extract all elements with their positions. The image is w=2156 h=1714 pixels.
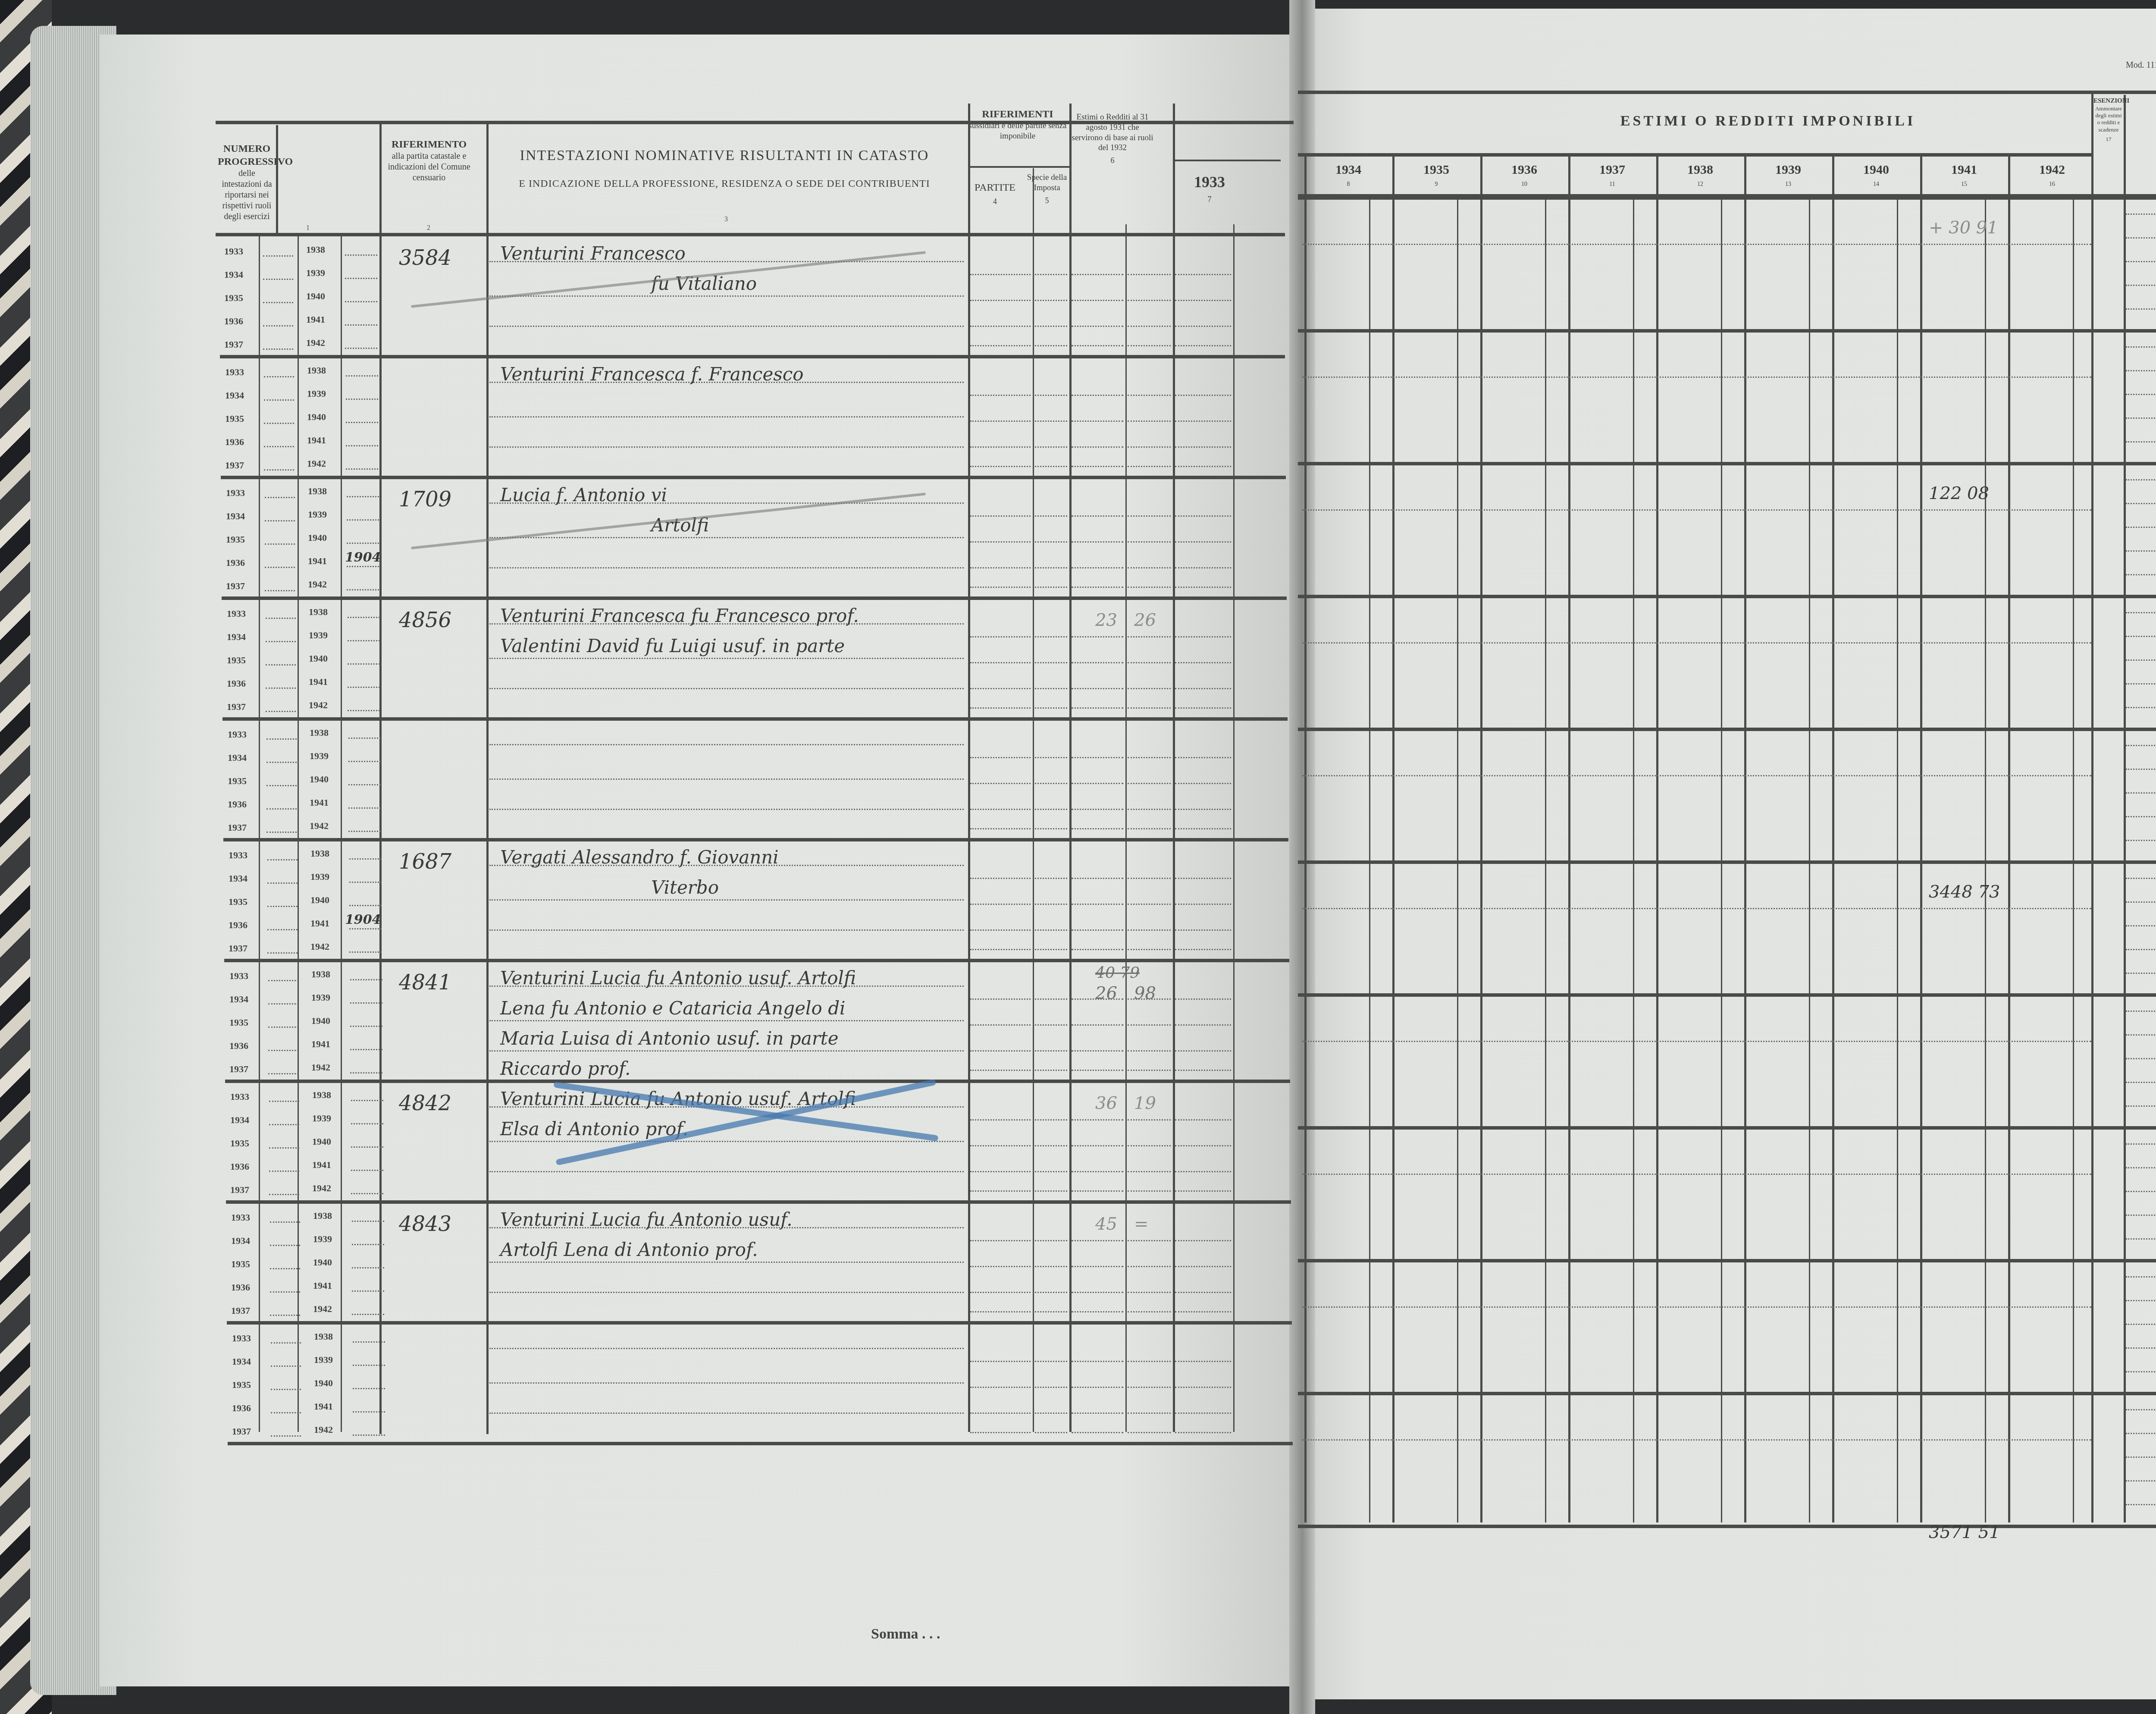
year-label-right: 1938 bbox=[308, 486, 327, 497]
value-1941: + 30 91 bbox=[1929, 218, 1998, 238]
book-gutter bbox=[1289, 0, 1315, 1714]
year-label-right: 1940 bbox=[310, 895, 329, 906]
partita-reference: 4842 bbox=[399, 1091, 451, 1115]
value-1941: 122 08 bbox=[1929, 483, 1989, 503]
owner-line: Lucia f. Antonio vi bbox=[500, 484, 667, 505]
amount-decimal: 26 bbox=[1134, 610, 1156, 630]
year-label-right: 1941 bbox=[310, 918, 329, 929]
amount-decimal: = bbox=[1134, 1214, 1149, 1234]
form-label: Mod. 111 - Imposte Dirette (imm.) bbox=[2126, 60, 2156, 70]
owner-line: Venturini Francesca fu Francesco prof. bbox=[500, 605, 859, 626]
year-label-left: 1935 bbox=[230, 1138, 249, 1149]
year-label-right: 1939 bbox=[306, 267, 325, 279]
owner-line: Venturini Lucia fu Antonio usuf. bbox=[500, 1209, 793, 1230]
col3-divider bbox=[486, 123, 489, 1434]
year-label-left: 1934 bbox=[227, 631, 246, 643]
year-label-left: 1936 bbox=[231, 1282, 250, 1293]
year-label-right: 1941 bbox=[306, 314, 325, 325]
year-label-left: 1935 bbox=[232, 1379, 251, 1391]
year-label-left: 1935 bbox=[224, 292, 243, 304]
year-label-left: 1934 bbox=[226, 511, 245, 522]
year-label-right: 1942 bbox=[308, 579, 327, 590]
year-column-header: 1934 8 bbox=[1304, 162, 1392, 188]
year-label-left: 1937 bbox=[225, 460, 244, 471]
sum-label: Somma . . . bbox=[871, 1626, 940, 1642]
amount-decimal: 19 bbox=[1134, 1093, 1156, 1113]
year-label-right: 1938 bbox=[307, 365, 326, 376]
year-label-left: 1937 bbox=[224, 339, 243, 350]
year-label-left: 1936 bbox=[230, 1161, 249, 1172]
year-label-right: 1941 bbox=[309, 676, 328, 687]
year-label-right: 1941 bbox=[310, 797, 329, 808]
header-col7: 1933 7 bbox=[1156, 173, 1263, 204]
year-label-right: 1942 bbox=[306, 337, 325, 348]
year-column-header: 1936 10 bbox=[1480, 162, 1568, 188]
year-label-right: 1938 bbox=[306, 244, 325, 255]
year-label-right: 1939 bbox=[308, 509, 327, 520]
year-label-right: 1940 bbox=[314, 1378, 333, 1389]
owner-line: Venturini Francesco bbox=[500, 243, 686, 264]
year-label-right: 1939 bbox=[314, 1354, 333, 1366]
amount-integer: 26 bbox=[1095, 983, 1117, 1003]
year-label-left: 1935 bbox=[229, 1017, 248, 1028]
year-label-left: 1935 bbox=[228, 775, 247, 787]
year-label-left: 1936 bbox=[228, 799, 247, 810]
year-label-left: 1934 bbox=[229, 873, 248, 884]
year-label-left: 1934 bbox=[229, 994, 248, 1005]
year-label-left: 1937 bbox=[229, 1064, 248, 1075]
year-label-left: 1936 bbox=[227, 678, 246, 689]
amount-integer: 23 bbox=[1095, 610, 1117, 630]
esenzioni-divider bbox=[2091, 91, 2093, 1523]
year-label-left: 1937 bbox=[227, 701, 246, 713]
year-label-right: 1939 bbox=[312, 1113, 331, 1124]
header-col2: RIFERIMENTO alla partita catastale e ind… bbox=[379, 138, 479, 183]
year-label-right: 1942 bbox=[313, 1303, 332, 1315]
year-label-right: 1942 bbox=[310, 820, 329, 832]
year-label-right: 1940 bbox=[313, 1257, 332, 1268]
year-label-left: 1936 bbox=[229, 920, 248, 931]
value-1941: 3571 51 bbox=[1929, 1523, 2000, 1542]
year-label-right: 1942 bbox=[310, 941, 329, 952]
side-note: 1904 bbox=[345, 912, 381, 927]
year-label-left: 1933 bbox=[232, 1333, 251, 1344]
amount-integer: 45 bbox=[1095, 1214, 1117, 1234]
right-page bbox=[1298, 9, 2156, 1699]
owner-line: Vergati Alessandro f. Giovanni bbox=[500, 847, 779, 868]
struck-amount: 40 79 bbox=[1095, 964, 1140, 982]
amount-decimal: 98 bbox=[1134, 983, 1156, 1003]
year-label-right: 1941 bbox=[311, 1039, 330, 1050]
year-label-left: 1936 bbox=[226, 557, 245, 568]
header-col6: Estimi o Redditi al 31 agosto 1931 che s… bbox=[1072, 112, 1153, 166]
year-label-left: 1936 bbox=[225, 436, 244, 448]
owner-line: Elsa di Antonio prof. bbox=[500, 1118, 688, 1140]
year-label-right: 1938 bbox=[310, 848, 329, 859]
year-label-left: 1933 bbox=[225, 367, 244, 378]
year-label-left: 1936 bbox=[232, 1403, 251, 1414]
year-label-right: 1942 bbox=[307, 458, 326, 469]
owner-line: Lena fu Antonio e Cataricia Angelo di bbox=[500, 998, 845, 1019]
year-label-right: 1940 bbox=[309, 653, 328, 664]
col1-number: 1 bbox=[306, 224, 310, 232]
year-label-right: 1942 bbox=[311, 1062, 330, 1073]
year-column-header: 1938 12 bbox=[1656, 162, 1744, 188]
col2-divider bbox=[379, 123, 382, 1434]
year-label-left: 1934 bbox=[224, 269, 243, 280]
year-label-right: 1940 bbox=[310, 774, 329, 785]
right-header-bottom-border bbox=[1298, 194, 2156, 198]
year-label-right: 1938 bbox=[312, 1089, 331, 1101]
year-column-header: 1940 14 bbox=[1832, 162, 1920, 188]
year-label-right: 1938 bbox=[313, 1210, 332, 1221]
value-1941: 3448 73 bbox=[1929, 882, 2000, 902]
year-label-left: 1935 bbox=[225, 413, 244, 424]
year-label-left: 1933 bbox=[231, 1212, 250, 1223]
year-label-right: 1939 bbox=[310, 750, 329, 762]
year-label-right: 1939 bbox=[313, 1234, 332, 1245]
year-label-left: 1937 bbox=[226, 581, 245, 592]
year-label-left: 1933 bbox=[226, 487, 245, 499]
header-col3: INTESTAZIONI NOMINATIVE RISULTANTI IN CA… bbox=[483, 147, 966, 190]
owner-line: Valentini David fu Luigi usuf. in parte bbox=[500, 635, 845, 656]
year-label-left: 1934 bbox=[228, 752, 247, 763]
year-column-header: 1935 9 bbox=[1392, 162, 1480, 188]
year-label-right: 1938 bbox=[310, 727, 329, 738]
owner-line: Venturini Lucia fu Antonio usuf. Artolfi bbox=[500, 967, 856, 989]
year-label-left: 1933 bbox=[228, 729, 247, 740]
year-label-left: 1937 bbox=[232, 1426, 251, 1437]
year-label-left: 1935 bbox=[229, 896, 248, 907]
year-label-right: 1940 bbox=[307, 411, 326, 423]
year-label-right: 1942 bbox=[314, 1424, 333, 1435]
year-label-left: 1934 bbox=[225, 390, 244, 401]
year-label-left: 1934 bbox=[232, 1356, 251, 1367]
owner-line: Riccardo prof. bbox=[500, 1058, 630, 1079]
year-label-right: 1938 bbox=[311, 969, 330, 980]
year-column-header: 1942 16 bbox=[2008, 162, 2096, 188]
year-label-left: 1936 bbox=[229, 1040, 248, 1052]
year-column-header: 1937 11 bbox=[1568, 162, 1656, 188]
col2-number: 2 bbox=[427, 224, 430, 232]
owner-line: Maria Luisa di Antonio usuf. in parte bbox=[500, 1028, 839, 1049]
partita-reference: 1709 bbox=[399, 487, 451, 512]
partita-reference: 1687 bbox=[399, 850, 451, 874]
year-label-left: 1935 bbox=[226, 534, 245, 545]
year-label-left: 1933 bbox=[229, 850, 248, 861]
year-label-right: 1938 bbox=[309, 606, 328, 618]
owner-line: Artolfi Lena di Antonio prof. bbox=[500, 1239, 758, 1260]
year-label-right: 1942 bbox=[309, 700, 328, 711]
year-label-right: 1940 bbox=[308, 532, 327, 543]
year-label-right: 1939 bbox=[309, 630, 328, 641]
owner-line: Viterbo bbox=[651, 877, 719, 898]
year-label-left: 1933 bbox=[224, 246, 243, 257]
year-label-right: 1941 bbox=[313, 1280, 332, 1291]
right-header-top-border bbox=[1298, 91, 2156, 94]
year-label-right: 1939 bbox=[310, 871, 329, 882]
year-label-left: 1934 bbox=[230, 1114, 249, 1126]
header-esenzioni: ESENZIONI Ammontare degli estimi o reddi… bbox=[2093, 97, 2124, 143]
header-annotazioni: ANNOTAZIONI 18 bbox=[2139, 134, 2156, 195]
year-label-left: 1933 bbox=[230, 1091, 249, 1102]
year-label-right: 1942 bbox=[312, 1183, 331, 1194]
partita-reference: 3584 bbox=[399, 246, 451, 270]
year-label-left: 1937 bbox=[231, 1305, 250, 1316]
year-label-right: 1941 bbox=[314, 1401, 333, 1412]
year-label-left: 1937 bbox=[229, 943, 248, 954]
year-label-right: 1939 bbox=[307, 388, 326, 399]
header-col5: Specie della Imposta 5 bbox=[1025, 173, 1069, 205]
partita-reference: 4843 bbox=[399, 1212, 451, 1236]
year-label-left: 1937 bbox=[230, 1184, 249, 1196]
year-label-right: 1940 bbox=[312, 1136, 331, 1147]
year-label-right: 1941 bbox=[308, 556, 327, 567]
header-col4-5-group: RIFERIMENTI sussidiari e delle partite s… bbox=[966, 108, 1069, 141]
year-label-right: 1940 bbox=[306, 291, 325, 302]
col3-number: 3 bbox=[724, 216, 728, 223]
group-title: ESTIMI O REDDITI IMPONIBILI bbox=[1423, 112, 2113, 131]
header-col1: NUMERO PROGRESSIVO delle intestazioni da… bbox=[218, 142, 276, 222]
col4-divider bbox=[968, 104, 970, 1432]
header-bottom-border bbox=[216, 233, 1285, 236]
year-column-header: 1939 13 bbox=[1744, 162, 1832, 188]
year-label-right: 1938 bbox=[314, 1331, 333, 1342]
year-label-right: 1939 bbox=[311, 992, 330, 1003]
year-label-right: 1941 bbox=[307, 435, 326, 446]
year-label-left: 1935 bbox=[231, 1259, 250, 1270]
amount-integer: 36 bbox=[1095, 1093, 1117, 1113]
year-label-left: 1935 bbox=[227, 655, 246, 666]
year-label-left: 1934 bbox=[231, 1235, 250, 1246]
year-label-right: 1940 bbox=[311, 1015, 330, 1027]
year-label-right: 1941 bbox=[312, 1159, 331, 1171]
year-column-header: 1941 15 bbox=[1920, 162, 2008, 188]
partita-reference: 4856 bbox=[399, 608, 451, 632]
header-col4: PARTITE 4 bbox=[966, 181, 1024, 207]
year-label-left: 1933 bbox=[229, 970, 248, 982]
year-label-left: 1933 bbox=[227, 608, 246, 619]
side-note: 1904 bbox=[345, 550, 381, 565]
owner-line: Venturini Francesca f. Francesco bbox=[500, 364, 804, 385]
year-label-left: 1937 bbox=[228, 822, 247, 833]
year-label-left: 1936 bbox=[224, 316, 243, 327]
partita-reference: 4841 bbox=[399, 970, 451, 995]
